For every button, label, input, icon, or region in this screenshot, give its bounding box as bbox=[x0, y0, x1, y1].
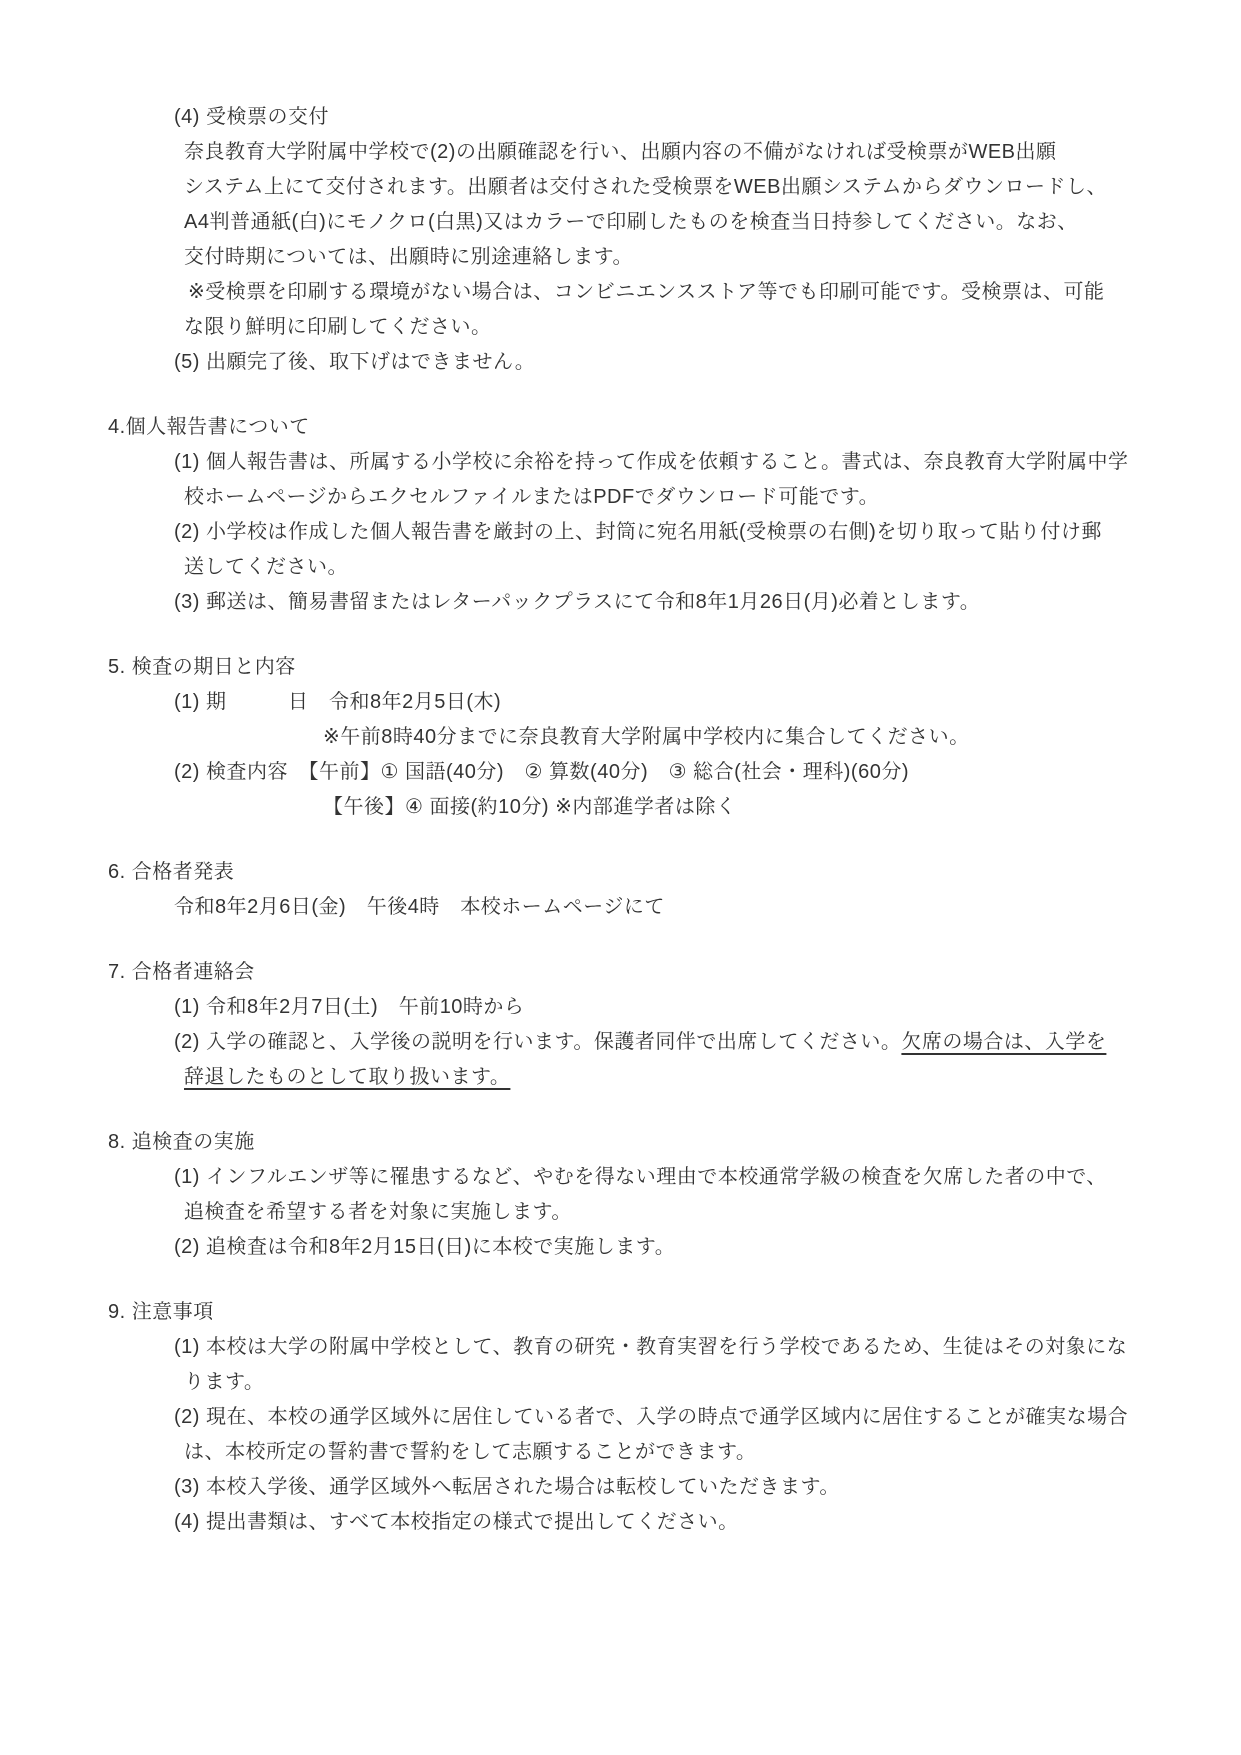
section-5-content-pm-line: 【午後】④ 面接(約10分) ※内部進学者は除く bbox=[108, 790, 1181, 825]
item-4-note-line: ※受検票を印刷する環境がない場合は、コンビニエンスストア等でも印刷可能です。受検… bbox=[108, 275, 1181, 310]
section-5-heading: 5. 検査の期日と内容 bbox=[108, 650, 1181, 685]
item-4-paragraph-line: システム上にて交付されます。出願者は交付された受検票をWEB出願システムからダウ… bbox=[108, 170, 1181, 205]
section-4-item-1-line: 校ホームページからエクセルファイルまたはPDFでダウンロード可能です。 bbox=[108, 480, 1181, 515]
section-5-date-line: (1) 期 日 令和8年2月5日(木) bbox=[108, 685, 1181, 720]
section-9-item-3-line: (3) 本校入学後、通学区域外へ転居された場合は転校していただきます。 bbox=[108, 1470, 1181, 1505]
item-5-text: (5) 出願完了後、取下げはできません。 bbox=[108, 345, 1181, 380]
section-7-item-2-underlined-text: 辞退したものとして取り扱います。 bbox=[184, 1066, 510, 1088]
section-9-item-2-line: は、本校所定の誓約書で誓約をして志願することができます。 bbox=[108, 1435, 1181, 1470]
item-4-paragraph-line: A4判普通紙(白)にモノクロ(白黒)又はカラーで印刷したものを検査当日持参してく… bbox=[108, 205, 1181, 240]
item-4-title: (4) 受検票の交付 bbox=[108, 100, 1181, 135]
document-page: (4) 受検票の交付 奈良教育大学附属中学校で(2)の出願確認を行い、出願内容の… bbox=[0, 0, 1241, 1755]
section-5-content-am-line: (2) 検査内容 【午前】① 国語(40分) ② 算数(40分) ③ 総合(社会… bbox=[108, 755, 1181, 790]
section-7-heading: 7. 合格者連絡会 bbox=[108, 955, 1181, 990]
section-8-item-1-line: 追検査を希望する者を対象に実施します。 bbox=[108, 1195, 1181, 1230]
section-5-assembly-note: ※午前8時40分までに奈良教育大学附属中学校内に集合してください。 bbox=[108, 720, 1181, 755]
section-6-heading: 6. 合格者発表 bbox=[108, 855, 1181, 890]
section-4-heading: 4.個人報告書について bbox=[108, 410, 1181, 445]
section-9-item-4-line: (4) 提出書類は、すべて本校指定の様式で提出してください。 bbox=[108, 1505, 1181, 1540]
section-7-item-2-underlined-text: 欠席の場合は、入学を bbox=[901, 1031, 1106, 1053]
section-8-heading: 8. 追検査の実施 bbox=[108, 1125, 1181, 1160]
section-9-item-1-line: (1) 本校は大学の附属中学校として、教育の研究・教育実習を行う学校であるため、… bbox=[108, 1330, 1181, 1365]
section-9-heading: 9. 注意事項 bbox=[108, 1295, 1181, 1330]
section-8-item-2-line: (2) 追検査は令和8年2月15日(日)に本校で実施します。 bbox=[108, 1230, 1181, 1265]
section-8-item-1-line: (1) インフルエンザ等に罹患するなど、やむを得ない理由で本校通常学級の検査を欠… bbox=[108, 1160, 1181, 1195]
item-4-paragraph-line: 奈良教育大学附属中学校で(2)の出願確認を行い、出願内容の不備がなければ受検票が… bbox=[108, 135, 1181, 170]
section-4-item-2-line: 送してください。 bbox=[108, 550, 1181, 585]
section-6-body: 令和8年2月6日(金) 午後4時 本校ホームページにて bbox=[108, 890, 1181, 925]
section-7-item-1-line: (1) 令和8年2月7日(土) 午前10時から bbox=[108, 990, 1181, 1025]
section-4-item-1-line: (1) 個人報告書は、所属する小学校に余裕を持って作成を依頼すること。書式は、奈… bbox=[108, 445, 1181, 480]
section-7-item-2-text: (2) 入学の確認と、入学後の説明を行います。保護者同伴で出席してください。 bbox=[174, 1031, 901, 1053]
section-7-item-2-line: (2) 入学の確認と、入学後の説明を行います。保護者同伴で出席してください。欠席… bbox=[108, 1025, 1181, 1060]
section-4-item-2-line: (2) 小学校は作成した個人報告書を厳封の上、封筒に宛名用紙(受検票の右側)を切… bbox=[108, 515, 1181, 550]
item-4-note-line: な限り鮮明に印刷してください。 bbox=[108, 310, 1181, 345]
section-9-item-1-line: ります。 bbox=[108, 1365, 1181, 1400]
item-4-paragraph-line: 交付時期については、出願時に別途連絡します。 bbox=[108, 240, 1181, 275]
section-9-item-2-line: (2) 現在、本校の通学区域外に居住している者で、入学の時点で通学区域内に居住す… bbox=[108, 1400, 1181, 1435]
section-4-item-3-line: (3) 郵送は、簡易書留またはレターパックプラスにて令和8年1月26日(月)必着… bbox=[108, 585, 1181, 620]
section-7-item-2-line: 辞退したものとして取り扱います。 bbox=[108, 1060, 1181, 1095]
